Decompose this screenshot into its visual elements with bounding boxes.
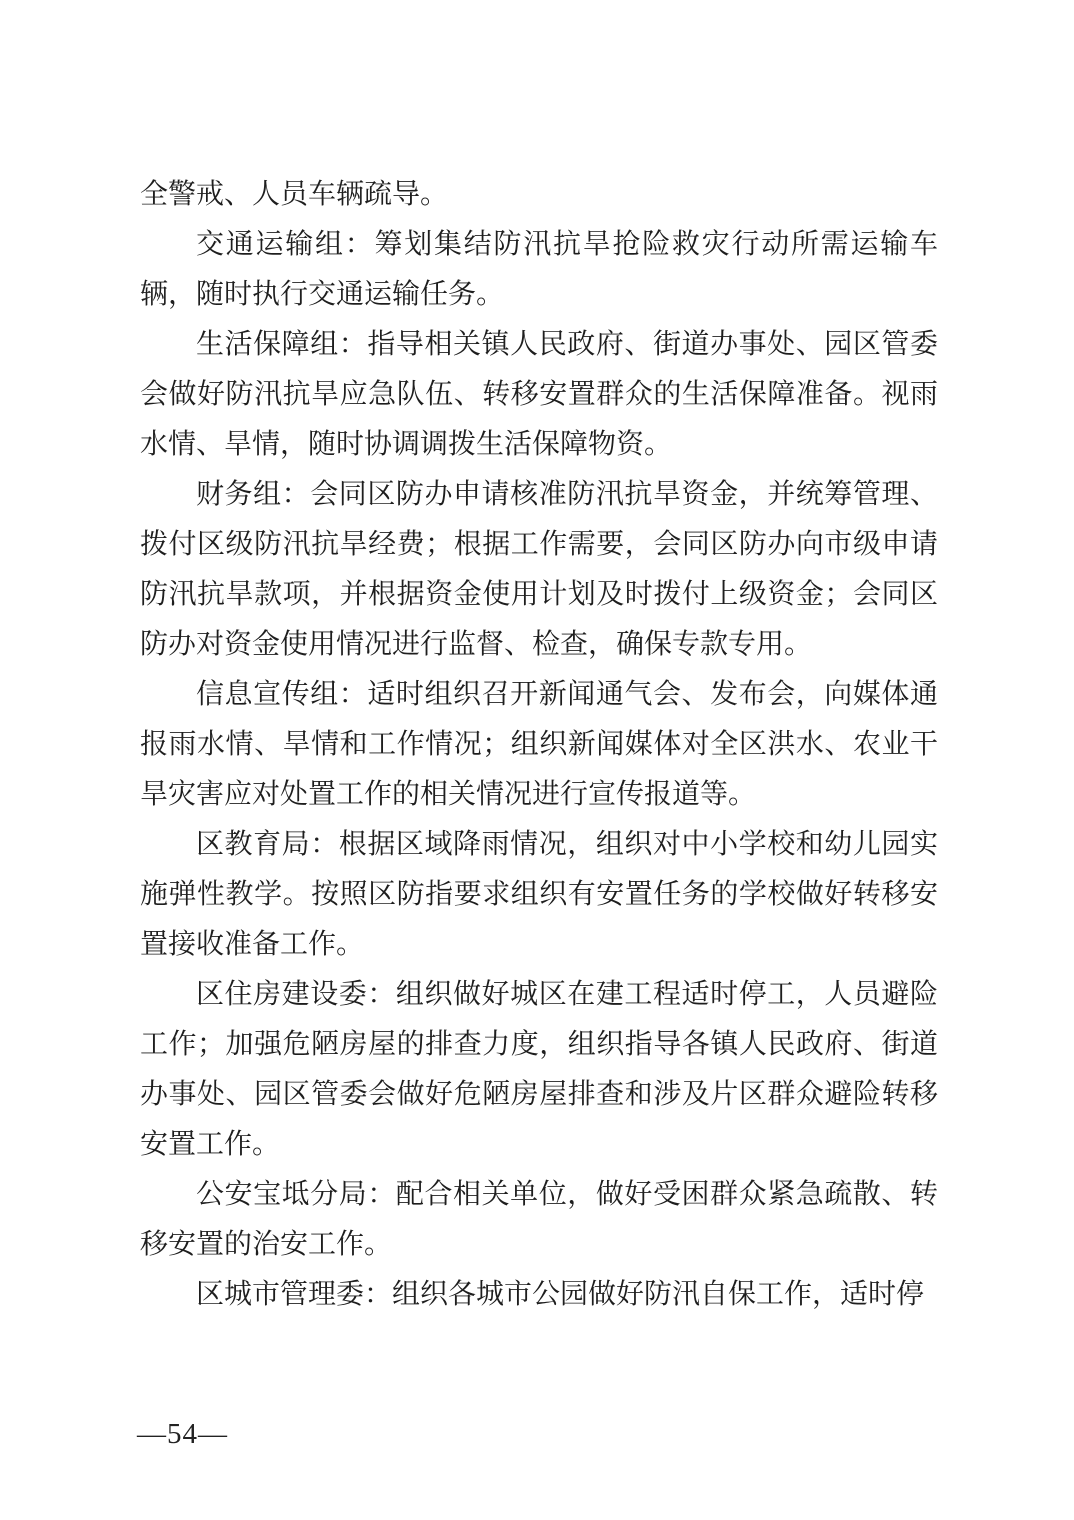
paragraph: 区住房建设委：组织做好城区在建工程适时停工，人员避险工作；加强危陋房屋的排查力度… bbox=[140, 970, 938, 1170]
paragraph: 交通运输组：筹划集结防汛抗旱抢险救灾行动所需运输车辆，随时执行交通运输任务。 bbox=[140, 220, 938, 320]
paragraph: 生活保障组：指导相关镇人民政府、街道办事处、园区管委会做好防汛抗旱应急队伍、转移… bbox=[140, 320, 938, 470]
paragraph: 财务组：会同区防办申请核准防汛抗旱资金，并统筹管理、拨付区级防汛抗旱经费；根据工… bbox=[140, 470, 938, 670]
paragraph: 信息宣传组：适时组织召开新闻通气会、发布会，向媒体通报雨水情、旱情和工作情况；组… bbox=[140, 670, 938, 820]
paragraph: 区城市管理委：组织各城市公园做好防汛自保工作，适时停 bbox=[140, 1270, 938, 1320]
document-page: 全警戒、人员车辆疏导。交通运输组：筹划集结防汛抗旱抢险救灾行动所需运输车辆，随时… bbox=[0, 0, 1074, 1520]
paragraph: 全警戒、人员车辆疏导。 bbox=[140, 170, 938, 220]
page-number: —54— bbox=[137, 1418, 228, 1450]
paragraph: 区教育局：根据区域降雨情况，组织对中小学校和幼儿园实施弹性教学。按照区防指要求组… bbox=[140, 820, 938, 970]
page-footer: —54— bbox=[137, 1418, 228, 1450]
paragraph: 公安宝坻分局：配合相关单位，做好受困群众紧急疏散、转移安置的治安工作。 bbox=[140, 1170, 938, 1270]
document-body: 全警戒、人员车辆疏导。交通运输组：筹划集结防汛抗旱抢险救灾行动所需运输车辆，随时… bbox=[140, 170, 938, 1320]
